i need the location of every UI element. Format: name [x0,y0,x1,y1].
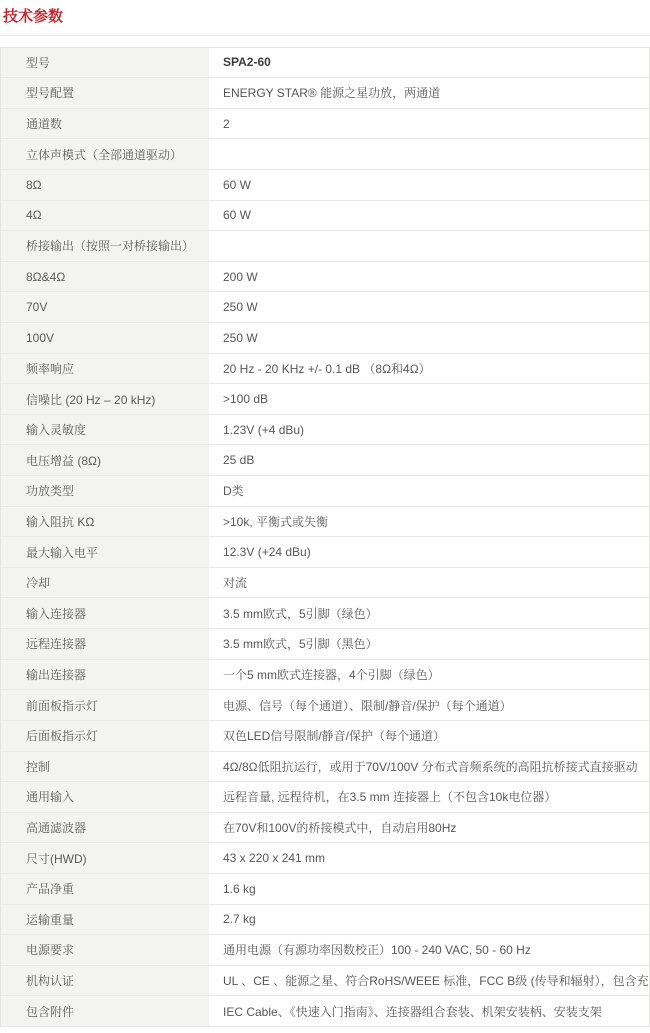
spec-value: >100 dB [209,384,649,414]
table-row: 控制 4Ω/8Ω低阻抗运行，或用于70V/100V 分布式音频系统的高阻抗桥接式… [1,752,649,783]
spec-label: 运输重量 [1,905,209,935]
table-row: 功放类型 D类 [1,476,649,507]
spec-label: 通道数 [1,109,209,139]
spec-value: 60 W [209,201,649,231]
spec-value: ENERGY STAR® 能源之星功放，两通道 [209,78,649,108]
spec-label: 远程连接器 [1,629,209,659]
spec-value: 1.23V (+4 dBu) [209,415,649,445]
spec-value: 4Ω/8Ω低阻抗运行，或用于70V/100V 分布式音频系统的高阻抗桥接式直接驱… [209,752,649,782]
table-row: 输入灵敏度 1.23V (+4 dBu) [1,415,649,446]
spec-label: 输入阻抗 KΩ [1,507,209,537]
spec-value: 3.5 mm欧式，5引脚（绿色） [209,598,649,628]
table-row: 型号 SPA2-60 [1,48,649,79]
spec-value: 2 [209,109,649,139]
spec-label: 功放类型 [1,476,209,506]
page-title: 技术参数 [0,0,650,27]
spec-label: 后面板指示灯 [1,721,209,751]
spec-value: 60 W [209,170,649,200]
spec-label: 8Ω&4Ω [1,262,209,292]
title-divider [0,35,650,36]
spec-value: 远程音量, 远程待机，在3.5 mm 连接器上（不包含10k电位器） [209,782,649,812]
spec-label: 最大输入电平 [1,537,209,567]
spec-value: SPA2-60 [209,48,649,78]
table-row: 电压增益 (8Ω) 25 dB [1,445,649,476]
spec-value: 对流 [209,568,649,598]
spec-label: 电压增益 (8Ω) [1,445,209,475]
table-row: 机构认证 UL 、CE 、能源之星、符合RoHS/WEEE 标准，FCC B级 … [1,966,649,997]
spec-value: 一个5 mm欧式连接器，4个引脚（绿色） [209,660,649,690]
spec-value [209,139,649,169]
specs-page: 技术参数 型号 SPA2-60 型号配置 ENERGY STAR® 能源之星功放… [0,0,650,1033]
spec-label: 桥接输出（按照一对桥接输出） [1,231,209,261]
table-row: 输入连接器 3.5 mm欧式，5引脚（绿色） [1,598,649,629]
spec-label: 型号配置 [1,78,209,108]
table-row: 包含附件 IEC Cable、《快速入门指南》、连接器组合套装、机架安装柄、安装… [1,996,649,1027]
table-row: 70V 250 W [1,292,649,323]
table-row: 冷却 对流 [1,568,649,599]
spec-label: 电源要求 [1,935,209,965]
spec-value: 通用电源（有源功率因数校正）100 - 240 VAC, 50 - 60 Hz [209,935,649,965]
table-row: 立体声模式（全部通道驱动） [1,139,649,170]
table-row: 桥接输出（按照一对桥接输出） [1,231,649,262]
table-row: 通用输入 远程音量, 远程待机，在3.5 mm 连接器上（不包含10k电位器） [1,782,649,813]
table-row: 高通滤波器 在70V和100V的桥接模式中，自动启用80Hz [1,813,649,844]
spec-label: 4Ω [1,201,209,231]
spec-label: 70V [1,292,209,322]
spec-value: >10k, 平衡式或失衡 [209,507,649,537]
spec-value: 12.3V (+24 dBu) [209,537,649,567]
table-row: 输出连接器 一个5 mm欧式连接器，4个引脚（绿色） [1,660,649,691]
spec-value: 200 W [209,262,649,292]
spec-label: 冷却 [1,568,209,598]
table-row: 通道数 2 [1,109,649,140]
table-row: 8Ω&4Ω 200 W [1,262,649,293]
spec-value: 43 x 220 x 241 mm [209,843,649,873]
spec-label: 尺寸(HWD) [1,843,209,873]
spec-label: 通用输入 [1,782,209,812]
spec-label: 包含附件 [1,996,209,1026]
spec-value: 在70V和100V的桥接模式中，自动启用80Hz [209,813,649,843]
table-row: 后面板指示灯 双色LED信号限制/静音/保护（每个通道） [1,721,649,752]
table-row: 4Ω 60 W [1,201,649,232]
spec-label: 高通滤波器 [1,813,209,843]
table-row: 频率响应 20 Hz - 20 KHz +/- 0.1 dB （8Ω和4Ω） [1,354,649,385]
spec-label: 型号 [1,48,209,78]
spec-value: 2.7 kg [209,905,649,935]
spec-table: 型号 SPA2-60 型号配置 ENERGY STAR® 能源之星功放，两通道 … [0,47,650,1028]
spec-label: 控制 [1,752,209,782]
spec-value: 双色LED信号限制/静音/保护（每个通道） [209,721,649,751]
table-row: 信噪比 (20 Hz – 20 kHz) >100 dB [1,384,649,415]
table-row: 前面板指示灯 电源、信号（每个通道）、限制/静音/保护（每个通道） [1,690,649,721]
spec-value: 250 W [209,323,649,353]
table-row: 最大输入电平 12.3V (+24 dBu) [1,537,649,568]
table-row: 运输重量 2.7 kg [1,905,649,936]
spec-value: IEC Cable、《快速入门指南》、连接器组合套装、机架安装柄、安装支架 [209,996,649,1026]
table-row: 产品净重 1.6 kg [1,874,649,905]
spec-value: UL 、CE 、能源之星、符合RoHS/WEEE 标准，FCC B级 (传导和辐… [209,966,649,996]
spec-value: 25 dB [209,445,649,475]
spec-label: 输入连接器 [1,598,209,628]
spec-value [209,231,649,261]
spec-label: 产品净重 [1,874,209,904]
table-row: 8Ω 60 W [1,170,649,201]
spec-label: 信噪比 (20 Hz – 20 kHz) [1,384,209,414]
table-row: 电源要求 通用电源（有源功率因数校正）100 - 240 VAC, 50 - 6… [1,935,649,966]
spec-value: 250 W [209,292,649,322]
spec-label: 前面板指示灯 [1,690,209,720]
spec-value: 3.5 mm欧式，5引脚（黑色） [209,629,649,659]
table-row: 100V 250 W [1,323,649,354]
spec-label: 输出连接器 [1,660,209,690]
table-row: 输入阻抗 KΩ >10k, 平衡式或失衡 [1,507,649,538]
table-row: 型号配置 ENERGY STAR® 能源之星功放，两通道 [1,78,649,109]
spec-value: 20 Hz - 20 KHz +/- 0.1 dB （8Ω和4Ω） [209,354,649,384]
spec-value: D类 [209,476,649,506]
spec-value: 电源、信号（每个通道）、限制/静音/保护（每个通道） [209,690,649,720]
spec-label: 8Ω [1,170,209,200]
table-row: 尺寸(HWD) 43 x 220 x 241 mm [1,843,649,874]
spec-label: 立体声模式（全部通道驱动） [1,139,209,169]
spec-value: 1.6 kg [209,874,649,904]
spec-label: 输入灵敏度 [1,415,209,445]
spec-label: 机构认证 [1,966,209,996]
table-row: 远程连接器 3.5 mm欧式，5引脚（黑色） [1,629,649,660]
spec-label: 100V [1,323,209,353]
spec-label: 频率响应 [1,354,209,384]
